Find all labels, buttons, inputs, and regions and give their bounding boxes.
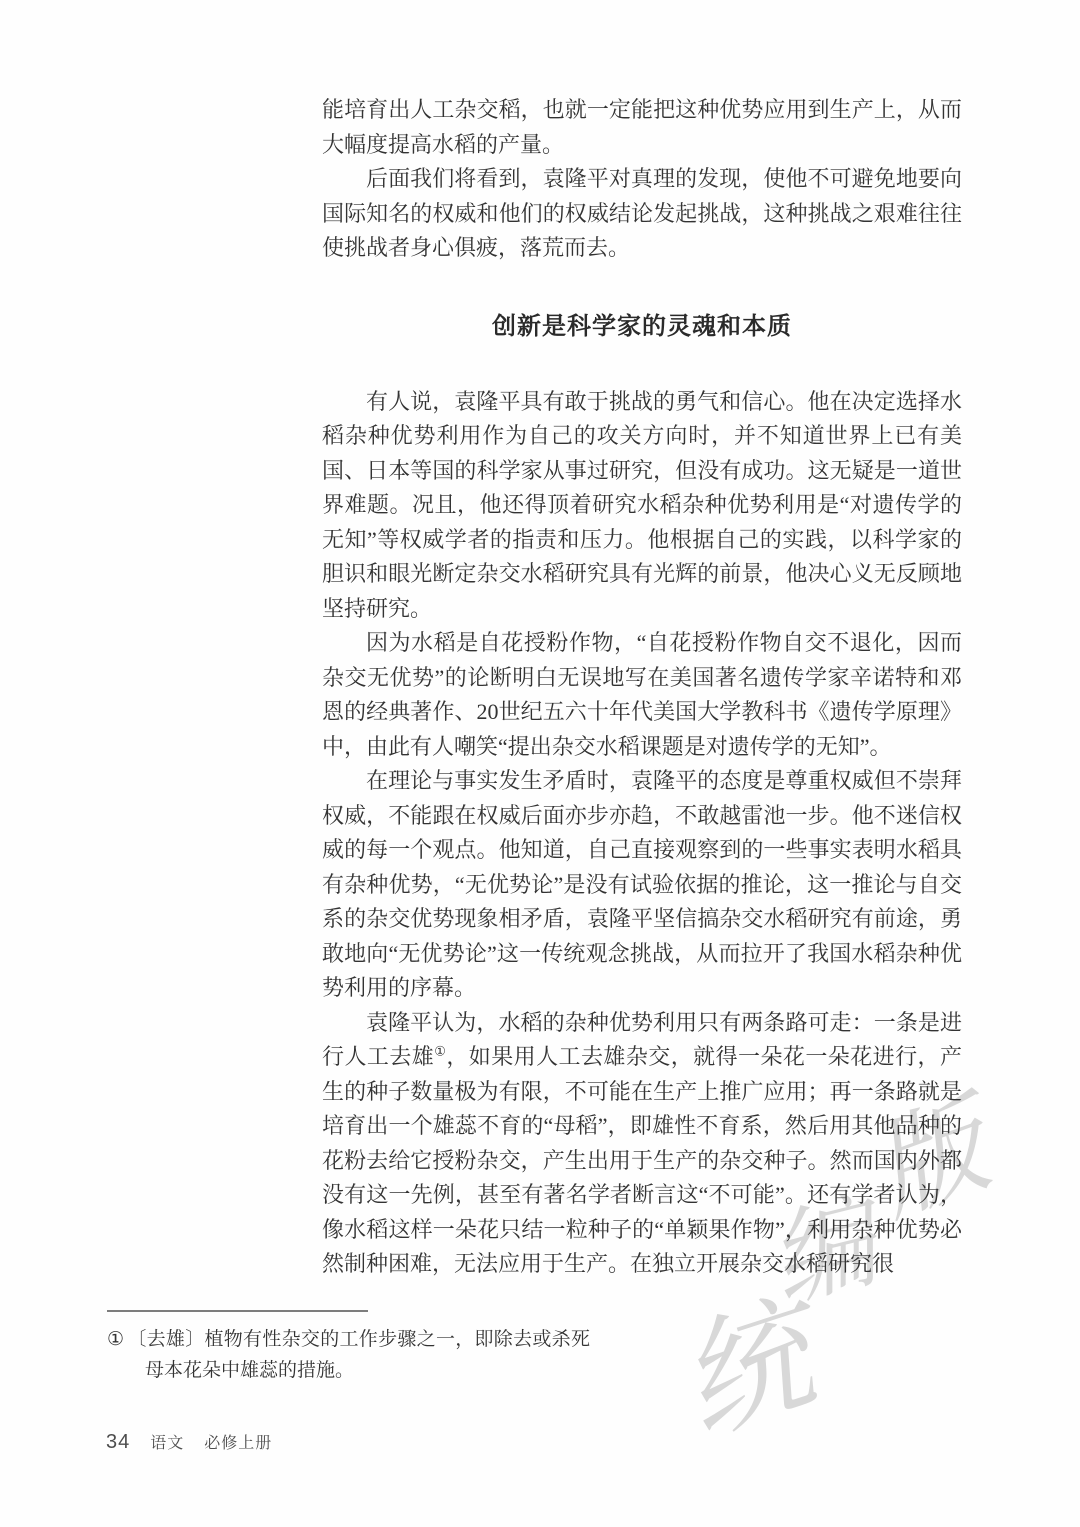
footnote: ①〔去雄〕植物有性杂交的工作步骤之一，即除去或杀死母本花朵中雄蕊的措施。: [107, 1324, 590, 1386]
section-heading: 创新是科学家的灵魂和本质: [322, 311, 962, 343]
footnote-reference: ①: [434, 1044, 446, 1059]
body-paragraph: 后面我们将看到，袁隆平对真理的发现，使他不可避免地要向国际知名的权威和他们的权威…: [322, 162, 962, 266]
page-footer: 34 语文 必修上册: [106, 1430, 272, 1454]
text-run: 有人说，袁隆平具有敢于挑战的勇气和信心。他在决定选择水稻杂种优势利用作为自己的攻…: [322, 389, 962, 621]
text-run: 在理论与事实发生矛盾时，袁隆平的态度是尊重权威但不崇拜权威，不能跟在权威后面亦步…: [322, 768, 962, 1000]
text-run: 后面我们将看到，袁隆平对真理的发现，使他不可避免地要向国际知名的权威和他们的权威…: [322, 166, 962, 260]
body-paragraph: 能培育出人工杂交稻，也就一定能把这种优势应用到生产上，从而大幅度提高水稻的产量。: [322, 93, 962, 162]
footnote-marker: ①: [107, 1329, 124, 1350]
text-run: 能培育出人工杂交稻，也就一定能把这种优势应用到生产上，从而大幅度提高水稻的产量。: [322, 97, 962, 157]
footnote-divider: [107, 1310, 368, 1312]
text-run: 创新是科学家的灵魂和本质: [492, 313, 792, 340]
textbook-page: 统 编 版 能培育出人工杂交稻，也就一定能把这种优势应用到生产上，从而大幅度提高…: [0, 0, 1080, 1527]
book-subject: 语文: [150, 1430, 184, 1453]
body-paragraph: 因为水稻是自花授粉作物，“自花授粉作物自交不退化，因而杂交无优势”的论断明白无误…: [322, 626, 962, 764]
text-run: 因为水稻是自花授粉作物，“自花授粉作物自交不退化，因而杂交无优势”的论断明白无误…: [322, 630, 962, 759]
text-run: ，如果用人工去雄杂交，就得一朵花一朵花进行，产生的种子数量极为有限，不可能在生产…: [322, 1044, 962, 1276]
footnote-text: 植物有性杂交的工作步骤之一，即除去或杀死母本花朵中雄蕊的措施。: [145, 1329, 590, 1381]
body-paragraph: 在理论与事实发生矛盾时，袁隆平的态度是尊重权威但不崇拜权威，不能跟在权威后面亦步…: [322, 764, 962, 1006]
book-volume: 必修上册: [204, 1430, 272, 1453]
body-paragraph: 有人说，袁隆平具有敢于挑战的勇气和信心。他在决定选择水稻杂种优势利用作为自己的攻…: [322, 385, 962, 627]
footnote-term: 〔去雄〕: [127, 1329, 204, 1350]
body-paragraph: 袁隆平认为，水稻的杂种优势利用只有两条路可走：一条是进行人工去雄①，如果用人工去…: [322, 1006, 962, 1282]
article-column: 能培育出人工杂交稻，也就一定能把这种优势应用到生产上，从而大幅度提高水稻的产量。…: [322, 93, 962, 1282]
page-number: 34: [106, 1431, 130, 1454]
